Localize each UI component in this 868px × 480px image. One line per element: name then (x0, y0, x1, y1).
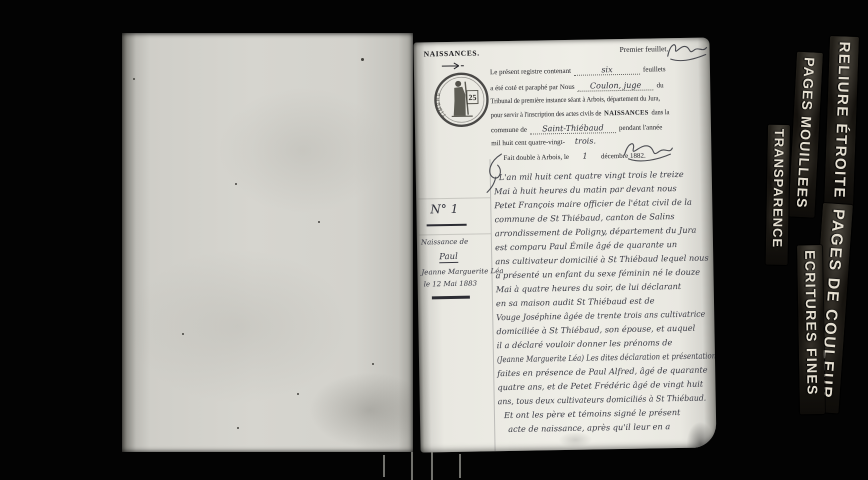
register-page: NAISSANCES. Premier feuillet. 25 TIMBRE (413, 37, 716, 452)
preamble-line: Le présent registre contenantsixfeuillet… (490, 64, 669, 77)
act-line: L'an mil huit cent quatre vingt trois le… (499, 169, 684, 182)
margin-line: Naissance de (421, 238, 468, 247)
loose-page-edge (411, 452, 413, 480)
stamp-figure-icon (455, 81, 461, 87)
paper-speck (182, 333, 184, 335)
act-line: Et ont les père et témoins signé le prés… (504, 407, 681, 420)
folio-label: Premier feuillet. (620, 44, 669, 54)
paper-speck (237, 427, 239, 429)
act-line: est comparu Paul Émile âgé de quarante u… (495, 239, 677, 252)
paper-stain (558, 432, 592, 449)
act-line: ans, tous deux cultivateurs domiciliés à… (498, 393, 707, 407)
loose-page-edge (383, 455, 385, 477)
paper-speck (297, 393, 299, 395)
loose-page-edge (431, 452, 433, 480)
handwritten-fill: 1 (572, 151, 598, 160)
loose-page-edge (459, 454, 461, 478)
preamble-line: commune deSaint-Thiébaudpendant l'année (491, 122, 666, 135)
paraphe-signature-icon (663, 38, 709, 63)
preamble-line: Tribunal de première instance séant à Ar… (490, 94, 662, 105)
margin-line: le 12 Mai 1883 (424, 280, 477, 289)
margin-rule (418, 197, 490, 199)
left-blank-page (122, 33, 413, 452)
revenue-stamp: 25 TIMBRE (432, 70, 491, 129)
printed-text: dans la (651, 108, 669, 116)
page-title: NAISSANCES. (424, 48, 480, 58)
act-line: faites en présence de Paul Alfred, âgé d… (497, 365, 708, 379)
margin-underline (432, 296, 470, 299)
printed-text: mil huit cent quatre-vingt- (491, 138, 565, 147)
stamp-rim-text: TIMBRE (435, 91, 448, 118)
corner-smudge (686, 421, 715, 452)
preamble-line: a été coté et paraphé par NousCoulon, ju… (490, 80, 667, 93)
printed-text: a été coté et paraphé par Nous (490, 83, 574, 92)
act-line: en sa maison audit St Thiébaud est de (496, 295, 655, 308)
paper-speck (361, 58, 364, 61)
svg-text:TIMBRE: TIMBRE (435, 91, 448, 118)
margin-act-number: N° 1 (430, 202, 458, 216)
paper-speck (318, 221, 320, 223)
paper-speck (235, 183, 237, 185)
printed-text: pour servir à l'inscription des actes ci… (491, 109, 602, 119)
act-line: Vouge Joséphine âgée de trente trois ans… (496, 309, 705, 323)
printed-text-bold: NAISSANCES (604, 109, 649, 118)
handwritten-fill: Saint-Thiébaud (530, 123, 616, 134)
condition-label-pages-mouillees: PAGES MOUILLEES (788, 52, 823, 218)
printed-text: feuillets (643, 65, 666, 73)
printed-text: Tribunal de première instance séant à Ar… (490, 94, 660, 105)
title-ornament-icon (441, 61, 467, 70)
act-line: a présenté un enfant du sexe féminin né … (495, 267, 700, 281)
printed-preamble: Le présent registre contenantsixfeuillet… (490, 64, 706, 68)
condition-label-transparence: TRANSPARENCE (766, 125, 790, 265)
margin-line: Jeanne Marguerite Léa (421, 267, 503, 276)
printed-text: du (657, 81, 664, 89)
printed-text: commune de (491, 126, 527, 135)
condition-label-ecritures-fines: ECRITURES FINES (797, 245, 825, 414)
preamble-line: pour servir à l'inscription des actes ci… (491, 108, 673, 119)
margin-line: Paul (439, 252, 458, 263)
archive-scan: NAISSANCES. Premier feuillet. 25 TIMBRE (0, 0, 868, 480)
act-line: ans cultivateur domicilié à St Thiébaud … (495, 252, 709, 266)
paraphe-signature-icon (621, 138, 675, 165)
act-line: quatre ans, et de Petet Frédéric âgé de … (497, 379, 703, 393)
act-margin: N° 1 Naissance de Paul Jeanne Marguerite… (418, 201, 492, 202)
act-line: acte de naissance, après qu'il leur en a (508, 421, 670, 434)
margin-underline (427, 224, 467, 226)
handwritten-fill: six (574, 65, 640, 76)
act-line: il a déclaré vouloir donner les prénoms … (497, 337, 673, 350)
act-line: Mai à huit heures du matin par devant no… (494, 183, 677, 196)
act-line: commune de St Thiébaud, canton de Salins (494, 211, 674, 224)
act-line: Petet François maire officier de l'état … (494, 197, 692, 210)
printed-text: Le présent registre contenant (490, 67, 571, 76)
preamble-line: mil huit cent quatre-vingt-trois. (491, 136, 606, 147)
printed-text: pendant l'année (619, 123, 663, 132)
handwritten-fill: trois. (568, 136, 603, 146)
handwritten-fill: Coulon, juge (578, 80, 654, 91)
act-line: Mai à quatre heures du soir, de lui décl… (496, 281, 682, 294)
act-line: arrondissement de Poligny, département d… (495, 225, 697, 239)
paper-speck (372, 363, 374, 365)
stamp-value: 25 (468, 93, 476, 102)
condition-label-reliure-etroite: RELIURE ÉTROITE (824, 36, 859, 207)
act-line: domiciliée à St Thiébaud, son épouse, et… (496, 323, 695, 336)
act-body: L'an mil huit cent quatre vingt trois le… (494, 168, 712, 172)
paper-speck (133, 78, 135, 80)
act-line: (Jeanne Marguerite Léa) Les dites déclar… (497, 350, 716, 364)
margin-rule (419, 233, 491, 235)
